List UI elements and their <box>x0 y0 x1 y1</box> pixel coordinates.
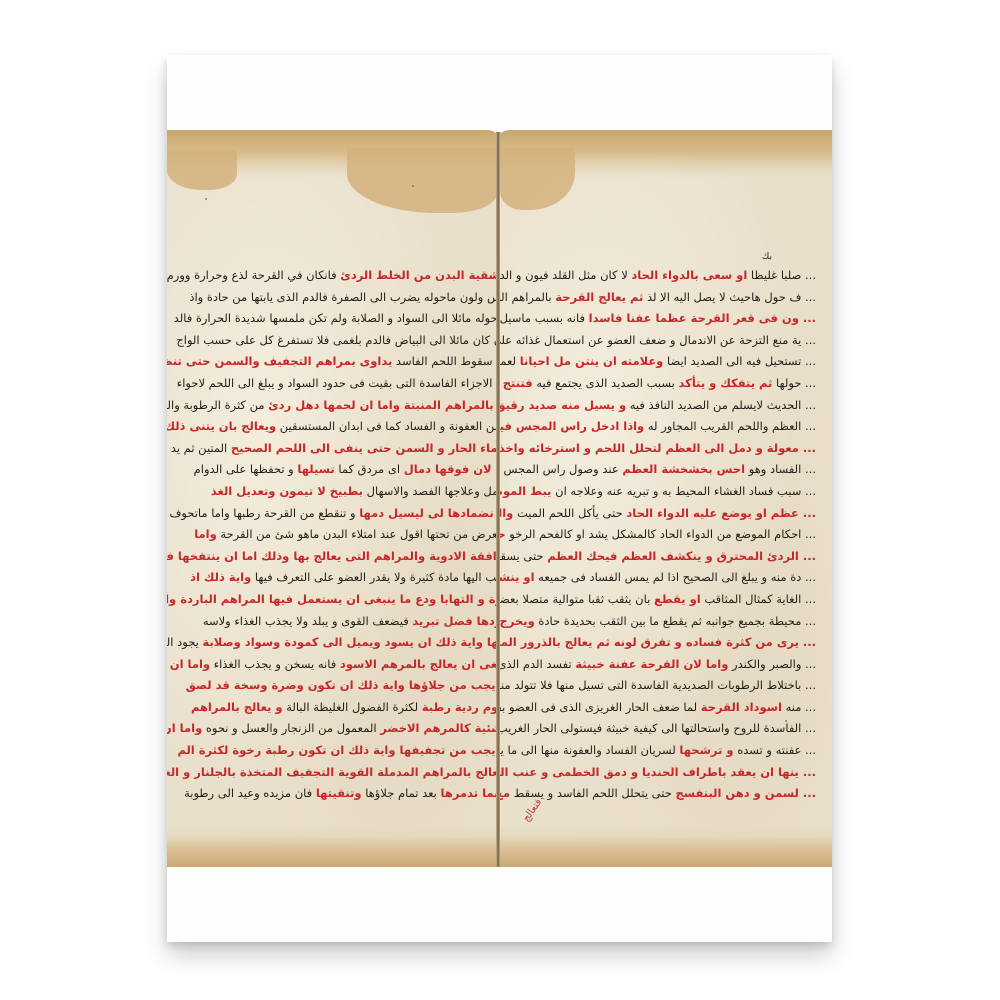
body-text: وان كان مائلا الى البياض فالدم بلغمى فلا… <box>176 333 497 347</box>
rubric-text: او يقطع <box>654 592 701 606</box>
text-line: بالماء الحار و السمن حتى ينفى الى اللحم … <box>179 438 497 460</box>
rubric-text: واذا ادخل راس المجس فيها <box>500 419 644 433</box>
rubric-text: ... ون فى قعر القرحة عظما عفنا فاسدا <box>589 311 816 325</box>
text-line: ينبغى ان يعالج بالمرهم الاسود فانه يسخن … <box>179 654 497 676</box>
text-line: ... يرى من كثرة فساده و تفرق لونه ثم يعا… <box>500 632 816 654</box>
body-text: ... حولها <box>772 376 816 390</box>
rubric-text: و يعالج بالمراهم <box>191 700 283 714</box>
body-text: لا يعرض من تحتها اقول عند امتلاء البدن م… <box>217 527 497 541</box>
rubric-text: ... لسمن و دهن البنفسج <box>676 786 817 800</box>
text-line: ... ون فى قعر القرحة عظما عفنا فاسدا فان… <box>500 308 816 330</box>
body-text: تندمل وعلاجها الفصد والاسهال <box>363 484 497 498</box>
text-line: حرة و التهابا ودع ما ينبغى ان يستعمل فيه… <box>179 589 497 611</box>
water-stain <box>500 148 575 210</box>
rubric-text: و ترشحها <box>679 743 733 757</box>
text-line: و شقية البدن من الخلط الردئ فانكان في ال… <box>179 265 497 287</box>
body-text: ... تستحيل فيه الى الصديد ايضا <box>663 354 816 368</box>
body-text: فانه بسبب ماسيل منه دائما رطوبة <box>500 311 589 325</box>
body-text: حتى يسقط المسود <box>500 549 547 563</box>
rubric-text: لا نما تدمرها <box>441 786 497 800</box>
left-page: و شقية البدن من الخلط الردئ فانكان في ال… <box>167 130 497 867</box>
text-line: ... الفاسدة للروح واستحالتها الى كيفية خ… <box>500 718 816 740</box>
rubric-text: وتنقيتها <box>316 786 362 800</box>
body-text: المعمول من الزنجار والعسل و نحوه <box>202 721 380 735</box>
text-line: ثم نضمادها لى ليسيل دمها و تنقطع من القر… <box>179 503 497 525</box>
text-line: ثم بالمراهم المنبتة واما ان لحمها دهل رد… <box>179 395 497 417</box>
left-page-text: و شقية البدن من الخلط الردئ فانكان في ال… <box>179 265 497 805</box>
text-line: ... محيطة بجميع جوانبه ثم يقطع ما بين ال… <box>500 611 816 633</box>
text-line: فتعالج بالمراهم المدملة القوية التجفيف ا… <box>179 762 497 784</box>
text-line: تندمل وعلاجها الفصد والاسهال بطبيخ لا تي… <box>179 481 497 503</box>
body-text: ... دة منه و يبلغ الى الصحيح اذا لم يمس … <box>535 570 816 584</box>
text-line: ... عفنته و تسده و ترشحها لسريان الفساد … <box>500 740 816 762</box>
rubric-text: تبردها فضل تبريد <box>412 614 497 628</box>
rubric-text: ويعالج بان يتنى ذلك <box>167 419 276 433</box>
rubric-text: واية ذلك اذ <box>190 570 251 584</box>
body-text: اى مردق كما <box>335 462 404 476</box>
body-text: لكثرة الفضول الغليظة البالة <box>283 700 422 714</box>
text-line: ... الفساد وهو احس بخشخشة العظم عند وصول… <box>500 459 816 481</box>
text-line: لا من العفونة و الفساد كما فى ابدان المس… <box>179 416 497 438</box>
rubric-text: تسيلها <box>297 462 334 476</box>
body-text: المتين ثم يد <box>171 441 231 455</box>
text-line: ... منه اسوداد القرحة لما ضعف الحار الغر… <box>500 697 816 719</box>
body-text: فان مزيده وعيد الى رطوبة <box>184 786 316 800</box>
text-line: ... ف حول هاحيث لا يصل اليه الا لذ ثم يع… <box>500 287 816 309</box>
rubric-text: او سعى بالدواء الحاد <box>631 268 747 282</box>
text-line: الشئية كالمرهم الاخضر المعمول من الزنجار… <box>179 718 497 740</box>
rubric-text: ينبغى ان يعالج بالمرهم الاسود <box>340 657 497 671</box>
rubric-text: ... عظم او يوضع عليه الدواء الحاد <box>626 506 816 520</box>
rubric-text: اسوداد القرحة <box>701 700 782 714</box>
body-text: ... الغاية كمثال المثاقب <box>701 592 816 606</box>
rubric-text: ثم بالمراهم المنبتة واما ان لحمها دهل رد… <box>268 398 497 412</box>
text-line: امس ولون ماحوله يضرب الى الصفرة فالدم ال… <box>179 287 497 309</box>
rubric-text: حرة و التهابا ودع ما ينبغى ان يستعمل فيه… <box>167 592 497 606</box>
text-line: ... صلبا غليظا او سعى بالدواء الحاد لا ك… <box>500 265 816 287</box>
text-line: ... احكام الموضع من الدواء الحاد كالمشكل… <box>500 524 816 546</box>
body-text: لا من العفونة و الفساد كما فى ابدان المس… <box>276 419 497 433</box>
body-text: لعمة اللحم <box>500 354 520 368</box>
body-text: حتى يأكل اللحم الميت <box>513 506 626 520</box>
text-line: موافقة الادوية والمراهم التى يعالج بها و… <box>179 546 497 568</box>
rubric-text: ثم نضمادها لى ليسيل دمها <box>359 506 497 520</box>
text-line: ... الحديث لايسلم من الصديد النافذ فيه و… <box>500 395 816 417</box>
water-stain <box>167 150 237 190</box>
rubric-text: واما <box>194 527 217 541</box>
rubric-text: واما لان القرحة عفنة خبيثة <box>575 657 728 671</box>
water-stain-bottom <box>167 827 497 867</box>
rubric-text: بالماء الحار و السمن حتى ينفى الى اللحم … <box>231 441 497 455</box>
rubric-text: ما يجب من تجفيفها واية ذلك ان تكون رطبة … <box>177 743 497 757</box>
body-text: فيضعف القوى و يبلد ولا يجذب الغذاء ولاسه <box>203 614 413 628</box>
rubric-text: يبط الموضع حتى ينتهى <box>500 484 551 498</box>
text-line: ما يجب من جلاؤها واية ذلك ان تكون وضرة و… <box>179 675 497 697</box>
body-text: تفسد الدم الذى <box>500 657 575 671</box>
right-page: بك ... صلبا غليظا او سعى بالدواء الحاد ل… <box>500 130 832 867</box>
text-line: لا يعرض من تحتها اقول عند امتلاء البدن م… <box>179 524 497 546</box>
text-line: ... ية منع التزحة عن الاندمال و ضعف العض… <box>500 330 816 352</box>
body-text: ... الفساد وهو <box>745 462 816 476</box>
text-line: ... الردئ المحترق و ينكشف العظم فيحك الع… <box>500 546 816 568</box>
body-text: ... ف حول هاحيث لا يصل اليه الا لذ <box>643 290 816 304</box>
poster-sheet: و شقية البدن من الخلط الردئ فانكان في ال… <box>167 55 832 942</box>
text-line: وان كان مائلا الى البياض فالدم بلغمى فلا… <box>179 330 497 352</box>
text-line: ... لسمن و دهن البنفسج حتى يتحلل اللحم ا… <box>500 783 816 805</box>
body-text: لما ضعف الحار الغريزى الذى فى العضو بفسا… <box>500 700 701 714</box>
rubric-text: احس بخشخشة العظم <box>622 462 745 476</box>
rubric-text: يداوى بمراهم التجفيف والسمن حتى تنظفها <box>167 354 392 368</box>
rubric-text: بطبيخ لا تيمون وتعديل الغذ <box>211 484 363 498</box>
body-text: ... صلبا غليظا <box>747 268 816 282</box>
rubric-text: ثم يتفكك و يتأكد <box>679 376 773 390</box>
text-line: ما يجب من تجفيفها واية ذلك ان تكون رطبة … <box>179 740 497 762</box>
rubric-text: ... معولة و دمل الى العظم لتحلل اللحم و … <box>500 441 816 455</box>
text-line: اما لان فوقها دمال اى مردق كما تسيلها و … <box>179 459 497 481</box>
rubric-text: اما لان فوقها دمال <box>404 462 497 476</box>
rubric-text: فيها واية ذلك ان يسود ويميل الى كمودة وس… <box>203 635 498 649</box>
text-line: ... حولها ثم يتفكك و يتأكد بسبب الصديد ا… <box>500 373 816 395</box>
body-text: تجلب اليها مادة كثيرة ولا يقدر العضو على… <box>251 570 497 584</box>
body-text: امس ولون ماحوله يضرب الى الصفرة فالدم ال… <box>189 290 497 304</box>
body-text: ... الحديث لايسلم من الصديد النافذ فيه <box>626 398 816 412</box>
rubric-text: فتعالج بالمراهم المدملة القوية التجفيف ا… <box>167 765 497 779</box>
body-text: لسريان الفساد والعفونة منها الى ما يجاور… <box>500 743 679 757</box>
body-text: بالمراهم المنبتة اللحم <box>500 290 555 304</box>
marginal-note: بك <box>762 252 772 262</box>
body-text: عند وصول راس المجس <box>504 462 623 476</box>
rubric-text: موافقة الادوية والمراهم التى يعالج بها و… <box>167 549 497 563</box>
text-line: ... دة منه و يبلغ الى الصحيح اذا لم يمس … <box>500 567 816 589</box>
text-line: ... الغاية كمثال المثاقب او يقطع بان يثق… <box>500 589 816 611</box>
rubric-text: الشئية كالمرهم الاخضر <box>380 721 497 735</box>
rubric-text: ... يرى من كثرة فساده و تفرق لونه ثم يعا… <box>500 635 816 649</box>
rubric-text: ... ينها ان يعقد باطراف الحنديا و دمق ال… <box>500 765 816 779</box>
body-text: فانكان في القرحة لذع وحرارة وورم <box>167 268 340 282</box>
text-line: ... عظم او يوضع عليه الدواء الحاد حتى يأ… <box>500 503 816 525</box>
body-text: ... الفاسدة للروح واستحالتها الى كيفية خ… <box>500 721 816 735</box>
manuscript-spread: و شقية البدن من الخلط الردئ فانكان في ال… <box>167 130 832 867</box>
rubric-text: واما ان <box>167 721 202 735</box>
rubric-text: او ينشر <box>500 570 535 584</box>
body-text: ... ية منع التزحة عن الاندمال و ضعف العض… <box>500 333 816 347</box>
text-line: ... تستحيل فيه الى الصديد ايضا وعلامته ا… <box>500 351 816 373</box>
water-stain-bottom <box>500 827 832 867</box>
rubric-text: لحوم ردية رطبة <box>422 700 497 714</box>
text-line: تجلب اليها مادة كثيرة ولا يقدر العضو على… <box>179 567 497 589</box>
body-text: بعد تمام جلاؤها <box>362 786 441 800</box>
text-line: من الاجزاء الفاسدة التى بقيت فى حدود الس… <box>179 373 497 395</box>
water-stain <box>347 148 497 213</box>
text-line: ... ينها ان يعقد باطراف الحنديا و دمق ال… <box>500 762 816 784</box>
body-text: بان يثقب ثقبا متوالية متصلا بعضها <box>500 592 654 606</box>
rubric-text: و شقية البدن من الخلط الردئ <box>340 268 497 282</box>
right-page-text: ... صلبا غليظا او سعى بالدواء الحاد لا ك… <box>500 265 816 805</box>
body-text: يجود الم <box>167 635 203 649</box>
rubric-text: واما ان <box>170 657 210 671</box>
text-line: ... باختلاط الرطوبات الصديدية الفاسدة ال… <box>500 675 816 697</box>
body-text: بسبب الصديد الذى يجتمع فيه <box>533 376 679 390</box>
body-text: بعد سقوط اللحم الفاسد <box>392 354 497 368</box>
rubric-text: ثم يعالج القرحة <box>555 290 643 304</box>
rubric-text: و يسيل منه صديد رقيق منتن <box>500 398 626 412</box>
body-text: ... سبب فساد الغشاء المحيط به و تبريه عن… <box>551 484 816 498</box>
body-text: فانه يسخن و يجذب الغذاء <box>210 657 340 671</box>
text-line: تبردها فضل تبريد فيضعف القوى و يبلد ولا … <box>179 611 497 633</box>
rubric-text: والسمن المنتن <box>500 506 513 520</box>
rubric-text: فتنتج ذلك <box>500 376 533 390</box>
body-text: من كثرة الرطوبة والم <box>167 398 268 412</box>
body-text: ... محيطة بجميع جوانبه ثم يقطع ما بين ال… <box>535 614 816 628</box>
body-text: ما حوله مائلا الى السواد و الصلابة ولم ت… <box>174 311 497 325</box>
text-line: ... معولة و دمل الى العظم لتحلل اللحم و … <box>500 438 816 460</box>
body-text: ... والصبر والكندر <box>728 657 816 671</box>
text-line: ... العظم واللحم القريب المجاور له واذا … <box>500 416 816 438</box>
body-text: ... منه <box>782 700 816 714</box>
text-line: فيها واية ذلك ان يسود ويميل الى كمودة وس… <box>179 632 497 654</box>
body-text: ... باختلاط الرطوبات الصديدية الفاسدة ال… <box>500 678 816 692</box>
text-line: لحوم ردية رطبة لكثرة الفضول الغليظة البا… <box>179 697 497 719</box>
text-line: بعد سقوط اللحم الفاسد يداوى بمراهم التجف… <box>179 351 497 373</box>
body-text: ... احكام الموضع من الدواء الحاد كالمشكل… <box>506 527 816 541</box>
body-text: ... العظم واللحم القريب المجاور له <box>644 419 816 433</box>
rubric-text: وعلامته ان ينتن مل احيانا <box>520 354 664 368</box>
body-text: و تحفظها على الدوام <box>194 462 298 476</box>
rubric-text: ويخرج على <box>500 614 535 628</box>
text-line: ... والصبر والكندر واما لان القرحة عفنة … <box>500 654 816 676</box>
body-text: لا كان مثل القلد فيون و الدوبكيرة <box>500 268 631 282</box>
text-line: ... سبب فساد الغشاء المحيط به و تبريه عن… <box>500 481 816 503</box>
rubric-text: مع تسكين الوجع <box>500 786 510 800</box>
rubric-text: ... الردئ المحترق و ينكشف العظم فيحك الع… <box>547 549 816 563</box>
body-text: من الاجزاء الفاسدة التى بقيت فى حدود الس… <box>177 376 497 390</box>
body-text: ... عفنته و تسده <box>734 743 816 757</box>
text-line: ما حوله مائلا الى السواد و الصلابة ولم ت… <box>179 308 497 330</box>
text-line: لا نما تدمرها بعد تمام جلاؤها وتنقيتها ف… <box>179 783 497 805</box>
body-text: و تنقطع من القرحة رطبها واما ماتحوف <box>169 506 359 520</box>
rubric-text: ما يجب من جلاؤها واية ذلك ان تكون وضرة و… <box>186 678 497 692</box>
